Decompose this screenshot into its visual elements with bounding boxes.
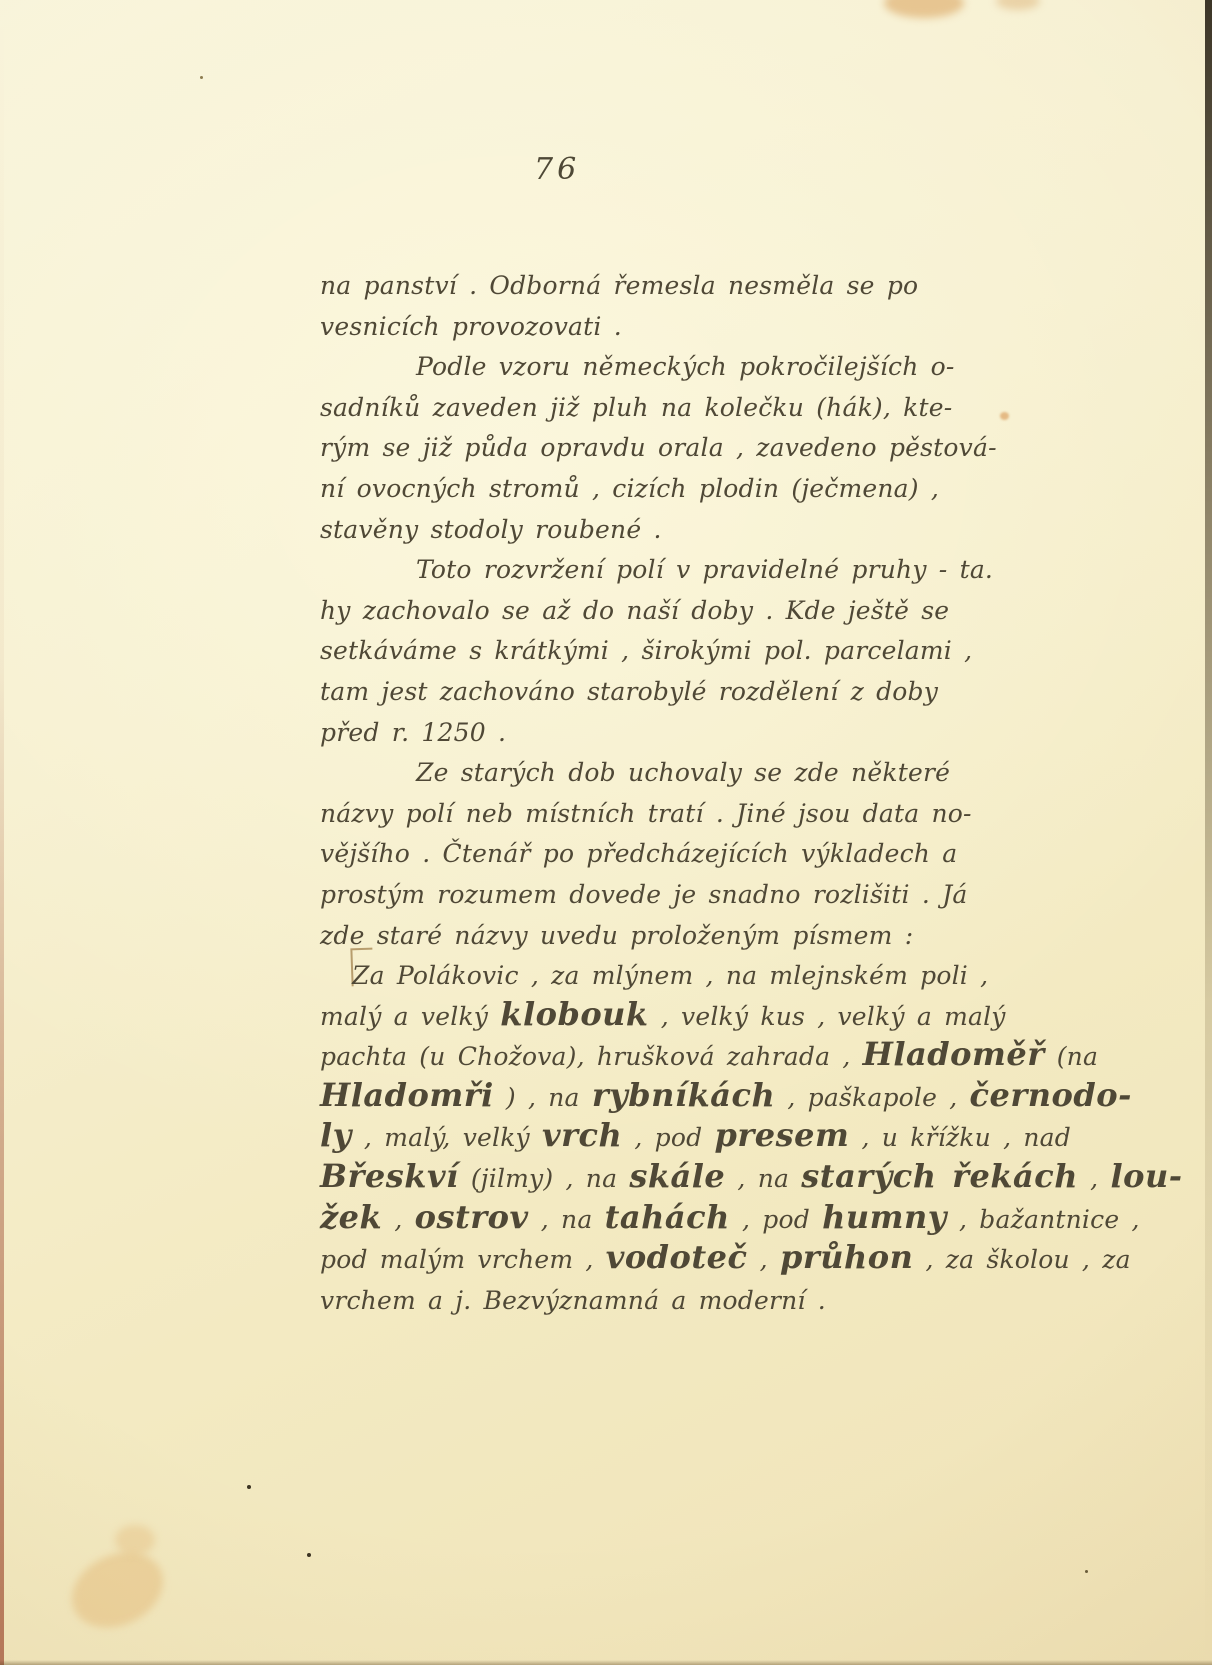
text-line: Břeskví (jilmy) , na skále , na starých … bbox=[320, 1159, 968, 1200]
text-segment: , bažantnice , bbox=[947, 1205, 1140, 1234]
text-line: Toto rozvržení polí v pravidelné pruhy -… bbox=[320, 550, 968, 591]
emphasized-field-name: lou- bbox=[1110, 1157, 1182, 1195]
handwritten-text-block: na panství . Odborná řemesla nesměla se … bbox=[320, 266, 968, 1321]
text-line: pod malým vrchem , vodoteč , průhon , za… bbox=[320, 1240, 968, 1281]
text-segment: , na bbox=[725, 1164, 801, 1193]
text-segment: (jilmy) , na bbox=[459, 1164, 630, 1193]
text-line: vrchem a j. Bezvýznamná a moderní . bbox=[320, 1281, 968, 1322]
text-line: prostým rozumem dovede je snadno rozliši… bbox=[320, 875, 968, 916]
page-edge-shadow-left bbox=[0, 0, 4, 1665]
emphasized-field-name: žek bbox=[320, 1198, 382, 1236]
text-line: názvy polí neb místních tratí . Jiné jso… bbox=[320, 794, 968, 835]
emphasized-field-name: ly bbox=[320, 1116, 352, 1154]
text-segment: , paškapole , bbox=[775, 1083, 969, 1112]
text-line: hy zachovalo se až do naší doby . Kde je… bbox=[320, 591, 968, 632]
paper-speck bbox=[1085, 1570, 1088, 1573]
text-segment: vějšího . Čtenář po předcházejících výkl… bbox=[320, 839, 957, 868]
text-line: Ze starých dob uchovaly se zde některé bbox=[320, 753, 968, 794]
text-segment: názvy polí neb místních tratí . Jiné jso… bbox=[320, 799, 972, 828]
text-segment: ní ovocných stromů , cizích plodin (ječm… bbox=[320, 474, 939, 503]
page-edge-shadow-right bbox=[1205, 0, 1212, 1665]
paragraph: na panství . Odborná řemesla nesměla se … bbox=[320, 266, 968, 347]
text-segment: na panství . Odborná řemesla nesměla se … bbox=[320, 271, 918, 300]
text-segment: hy zachovalo se až do naší doby . Kde je… bbox=[320, 596, 949, 625]
text-line: sadníků zaveden již pluh na kolečku (hák… bbox=[320, 388, 968, 429]
text-segment: , pod bbox=[730, 1205, 822, 1234]
text-line: Hladomři ) , na rybníkách , paškapole , … bbox=[320, 1078, 968, 1119]
emphasized-field-name: tahách bbox=[605, 1198, 730, 1236]
text-line: vějšího . Čtenář po předcházejících výkl… bbox=[320, 834, 968, 875]
page-edge-shadow-bottom bbox=[0, 1660, 1212, 1665]
paragraph: Podle vzoru německých pokročilejších o- … bbox=[320, 347, 968, 550]
text-segment: rým se již půda opravdu orala , zavedeno… bbox=[320, 433, 997, 462]
text-segment: , bbox=[748, 1245, 780, 1274]
emphasized-field-name: klobouk bbox=[500, 995, 648, 1033]
emphasized-field-name: Hladomři bbox=[320, 1076, 494, 1114]
emphasized-field-name: presem bbox=[714, 1116, 849, 1154]
text-segment: stavěny stodoly roubené . bbox=[320, 515, 662, 544]
text-segment: , bbox=[382, 1205, 414, 1234]
emphasized-field-name: Břeskví bbox=[320, 1157, 459, 1195]
text-segment: zde staré názvy uvedu proloženým písmem … bbox=[320, 921, 913, 950]
text-line: zde staré názvy uvedu proloženým písmem … bbox=[320, 916, 968, 957]
text-line: Podle vzoru německých pokročilejších o- bbox=[320, 347, 968, 388]
text-segment: , na bbox=[529, 1205, 605, 1234]
text-segment: sadníků zaveden již pluh na kolečku (hák… bbox=[320, 393, 952, 422]
text-segment: Podle vzoru německých pokročilejších o- bbox=[416, 352, 955, 381]
text-segment: vrchem a j. Bezvýznamná a moderní . bbox=[320, 1286, 826, 1315]
emphasized-field-name: černodo- bbox=[970, 1076, 1132, 1114]
text-line: na panství . Odborná řemesla nesměla se … bbox=[320, 266, 968, 307]
text-segment: setkáváme s krátkými , širokými pol. par… bbox=[320, 636, 972, 665]
text-line: ní ovocných stromů , cizích plodin (ječm… bbox=[320, 469, 968, 510]
emphasized-field-name: rybníkách bbox=[592, 1076, 775, 1114]
emphasized-field-name: průhon bbox=[780, 1238, 913, 1276]
emphasized-field-name: vrch bbox=[542, 1116, 622, 1154]
manuscript-page: 76 na panství . Odborná řemesla nesměla … bbox=[0, 0, 1212, 1665]
text-segment: vesnicích provozovati . bbox=[320, 312, 622, 341]
paper-stain bbox=[115, 1525, 155, 1555]
text-segment: Za Polákovic , za mlýnem , na mlejnském … bbox=[352, 961, 988, 990]
text-line: setkáváme s krátkými , širokými pol. par… bbox=[320, 631, 968, 672]
text-segment: Ze starých dob uchovaly se zde některé bbox=[416, 758, 950, 787]
paper-stain bbox=[996, 0, 1040, 10]
paper-stain bbox=[884, 0, 964, 18]
text-segment: prostým rozumem dovede je snadno rozliši… bbox=[320, 880, 967, 909]
text-segment: , bbox=[1078, 1164, 1110, 1193]
text-line: žek , ostrov , na tahách , pod humny , b… bbox=[320, 1200, 968, 1241]
paper-speck bbox=[200, 76, 203, 79]
text-segment: pachta (u Chožova), hrušková zahrada , bbox=[320, 1042, 863, 1071]
text-line: malý a velký klobouk , velký kus , velký… bbox=[320, 997, 968, 1038]
emphasized-field-name: Hladoměř bbox=[863, 1035, 1045, 1073]
text-segment: , za školou , za bbox=[913, 1245, 1130, 1274]
paper-speck bbox=[307, 1553, 311, 1557]
text-line: před r. 1250 . bbox=[320, 713, 968, 754]
emphasized-field-name: skále bbox=[629, 1157, 725, 1195]
paper-stain bbox=[60, 1538, 176, 1642]
emphasized-field-name: humny bbox=[822, 1198, 947, 1236]
paragraph: Za Polákovic , za mlýnem , na mlejnském … bbox=[320, 956, 968, 1321]
text-segment: tam jest zachováno starobylé rozdělení z… bbox=[320, 677, 938, 706]
text-line: stavěny stodoly roubené . bbox=[320, 510, 968, 551]
text-segment: (na bbox=[1045, 1042, 1099, 1071]
text-line: rým se již půda opravdu orala , zavedeno… bbox=[320, 428, 968, 469]
text-segment: , malý, velký bbox=[352, 1123, 542, 1152]
emphasized-field-name: ostrov bbox=[415, 1198, 529, 1236]
text-line: tam jest zachováno starobylé rozdělení z… bbox=[320, 672, 968, 713]
emphasized-field-name: starých řekách bbox=[801, 1157, 1078, 1195]
text-line: vesnicích provozovati . bbox=[320, 307, 968, 348]
emphasized-field-name: vodoteč bbox=[606, 1238, 748, 1276]
text-segment: , u křížku , nad bbox=[849, 1123, 1071, 1152]
text-segment: před r. 1250 . bbox=[320, 718, 506, 747]
paper-speck bbox=[247, 1485, 251, 1489]
text-segment: malý a velký bbox=[320, 1002, 500, 1031]
text-segment: pod malým vrchem , bbox=[320, 1245, 606, 1274]
paper-stain bbox=[1000, 412, 1009, 420]
text-segment: , velký kus , velký a malý bbox=[649, 1002, 1006, 1031]
paragraph: Ze starých dob uchovaly se zde některé n… bbox=[320, 753, 968, 956]
paragraph: Toto rozvržení polí v pravidelné pruhy -… bbox=[320, 550, 968, 753]
text-segment: ) , na bbox=[494, 1083, 592, 1112]
text-line: Za Polákovic , za mlýnem , na mlejnském … bbox=[320, 956, 968, 997]
page-number: 76 bbox=[534, 152, 580, 187]
text-segment: , pod bbox=[622, 1123, 714, 1152]
text-line: ly , malý, velký vrch , pod presem , u k… bbox=[320, 1118, 968, 1159]
text-line: pachta (u Chožova), hrušková zahrada , H… bbox=[320, 1037, 968, 1078]
text-segment: Toto rozvržení polí v pravidelné pruhy -… bbox=[416, 555, 993, 584]
